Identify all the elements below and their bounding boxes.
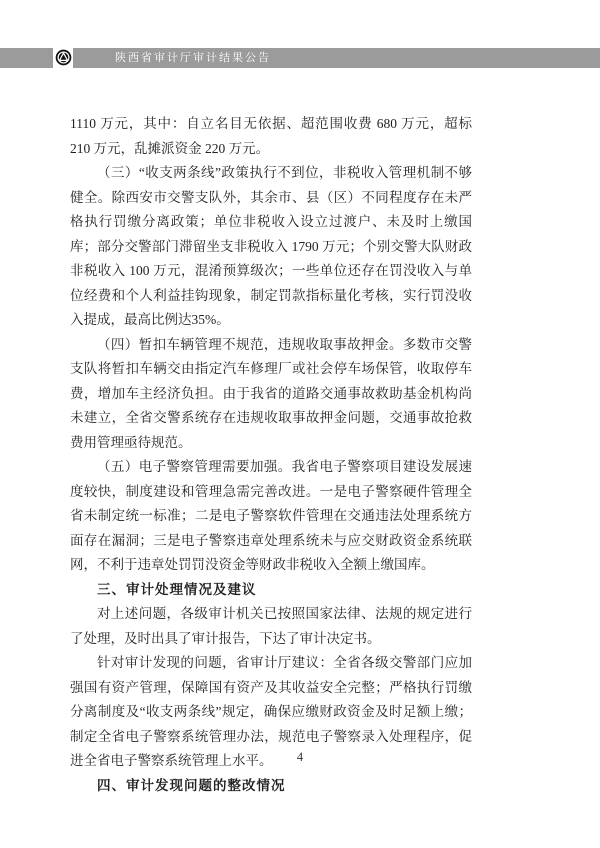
header-bar: 陕西省审计厅审计结果公告 bbox=[0, 48, 600, 68]
paragraph-item-5: （五）电子警察管理需要加强。我省电子警察项目建设发展速度较快，制度建设和管理急需… bbox=[70, 455, 472, 578]
paragraph-continued: 1110 万元，其中：自立名目无依据、超范围收费 680 万元，超标 210 万… bbox=[70, 112, 472, 161]
section-heading-3: 三、审计处理情况及建议 bbox=[70, 578, 472, 603]
header-title: 陕西省审计厅审计结果公告 bbox=[115, 48, 271, 68]
paragraph-item-3: （三）“收支两条线”政策执行不到位，非税收入管理机制不够健全。除西安市交警支队外… bbox=[70, 161, 472, 333]
page-number: 4 bbox=[0, 750, 600, 765]
paragraph-handling: 对上述问题，各级审计机关已按照国家法律、法规的规定进行了处理，及时出具了审计报告… bbox=[70, 602, 472, 651]
paragraph-item-4: （四）暂扣车辆管理不规范，违规收取事故押金。多数市交警支队将暂扣车辆交由指定汽车… bbox=[70, 333, 472, 456]
document-page: 陕西省审计厅审计结果公告 1110 万元，其中：自立名目无依据、超范围收费 68… bbox=[0, 0, 600, 848]
section-heading-4: 四、审计发现问题的整改情况 bbox=[70, 774, 472, 799]
document-body: 1110 万元，其中：自立名目无依据、超范围收费 680 万元，超标 210 万… bbox=[70, 112, 472, 798]
audit-emblem-icon bbox=[53, 41, 73, 74]
